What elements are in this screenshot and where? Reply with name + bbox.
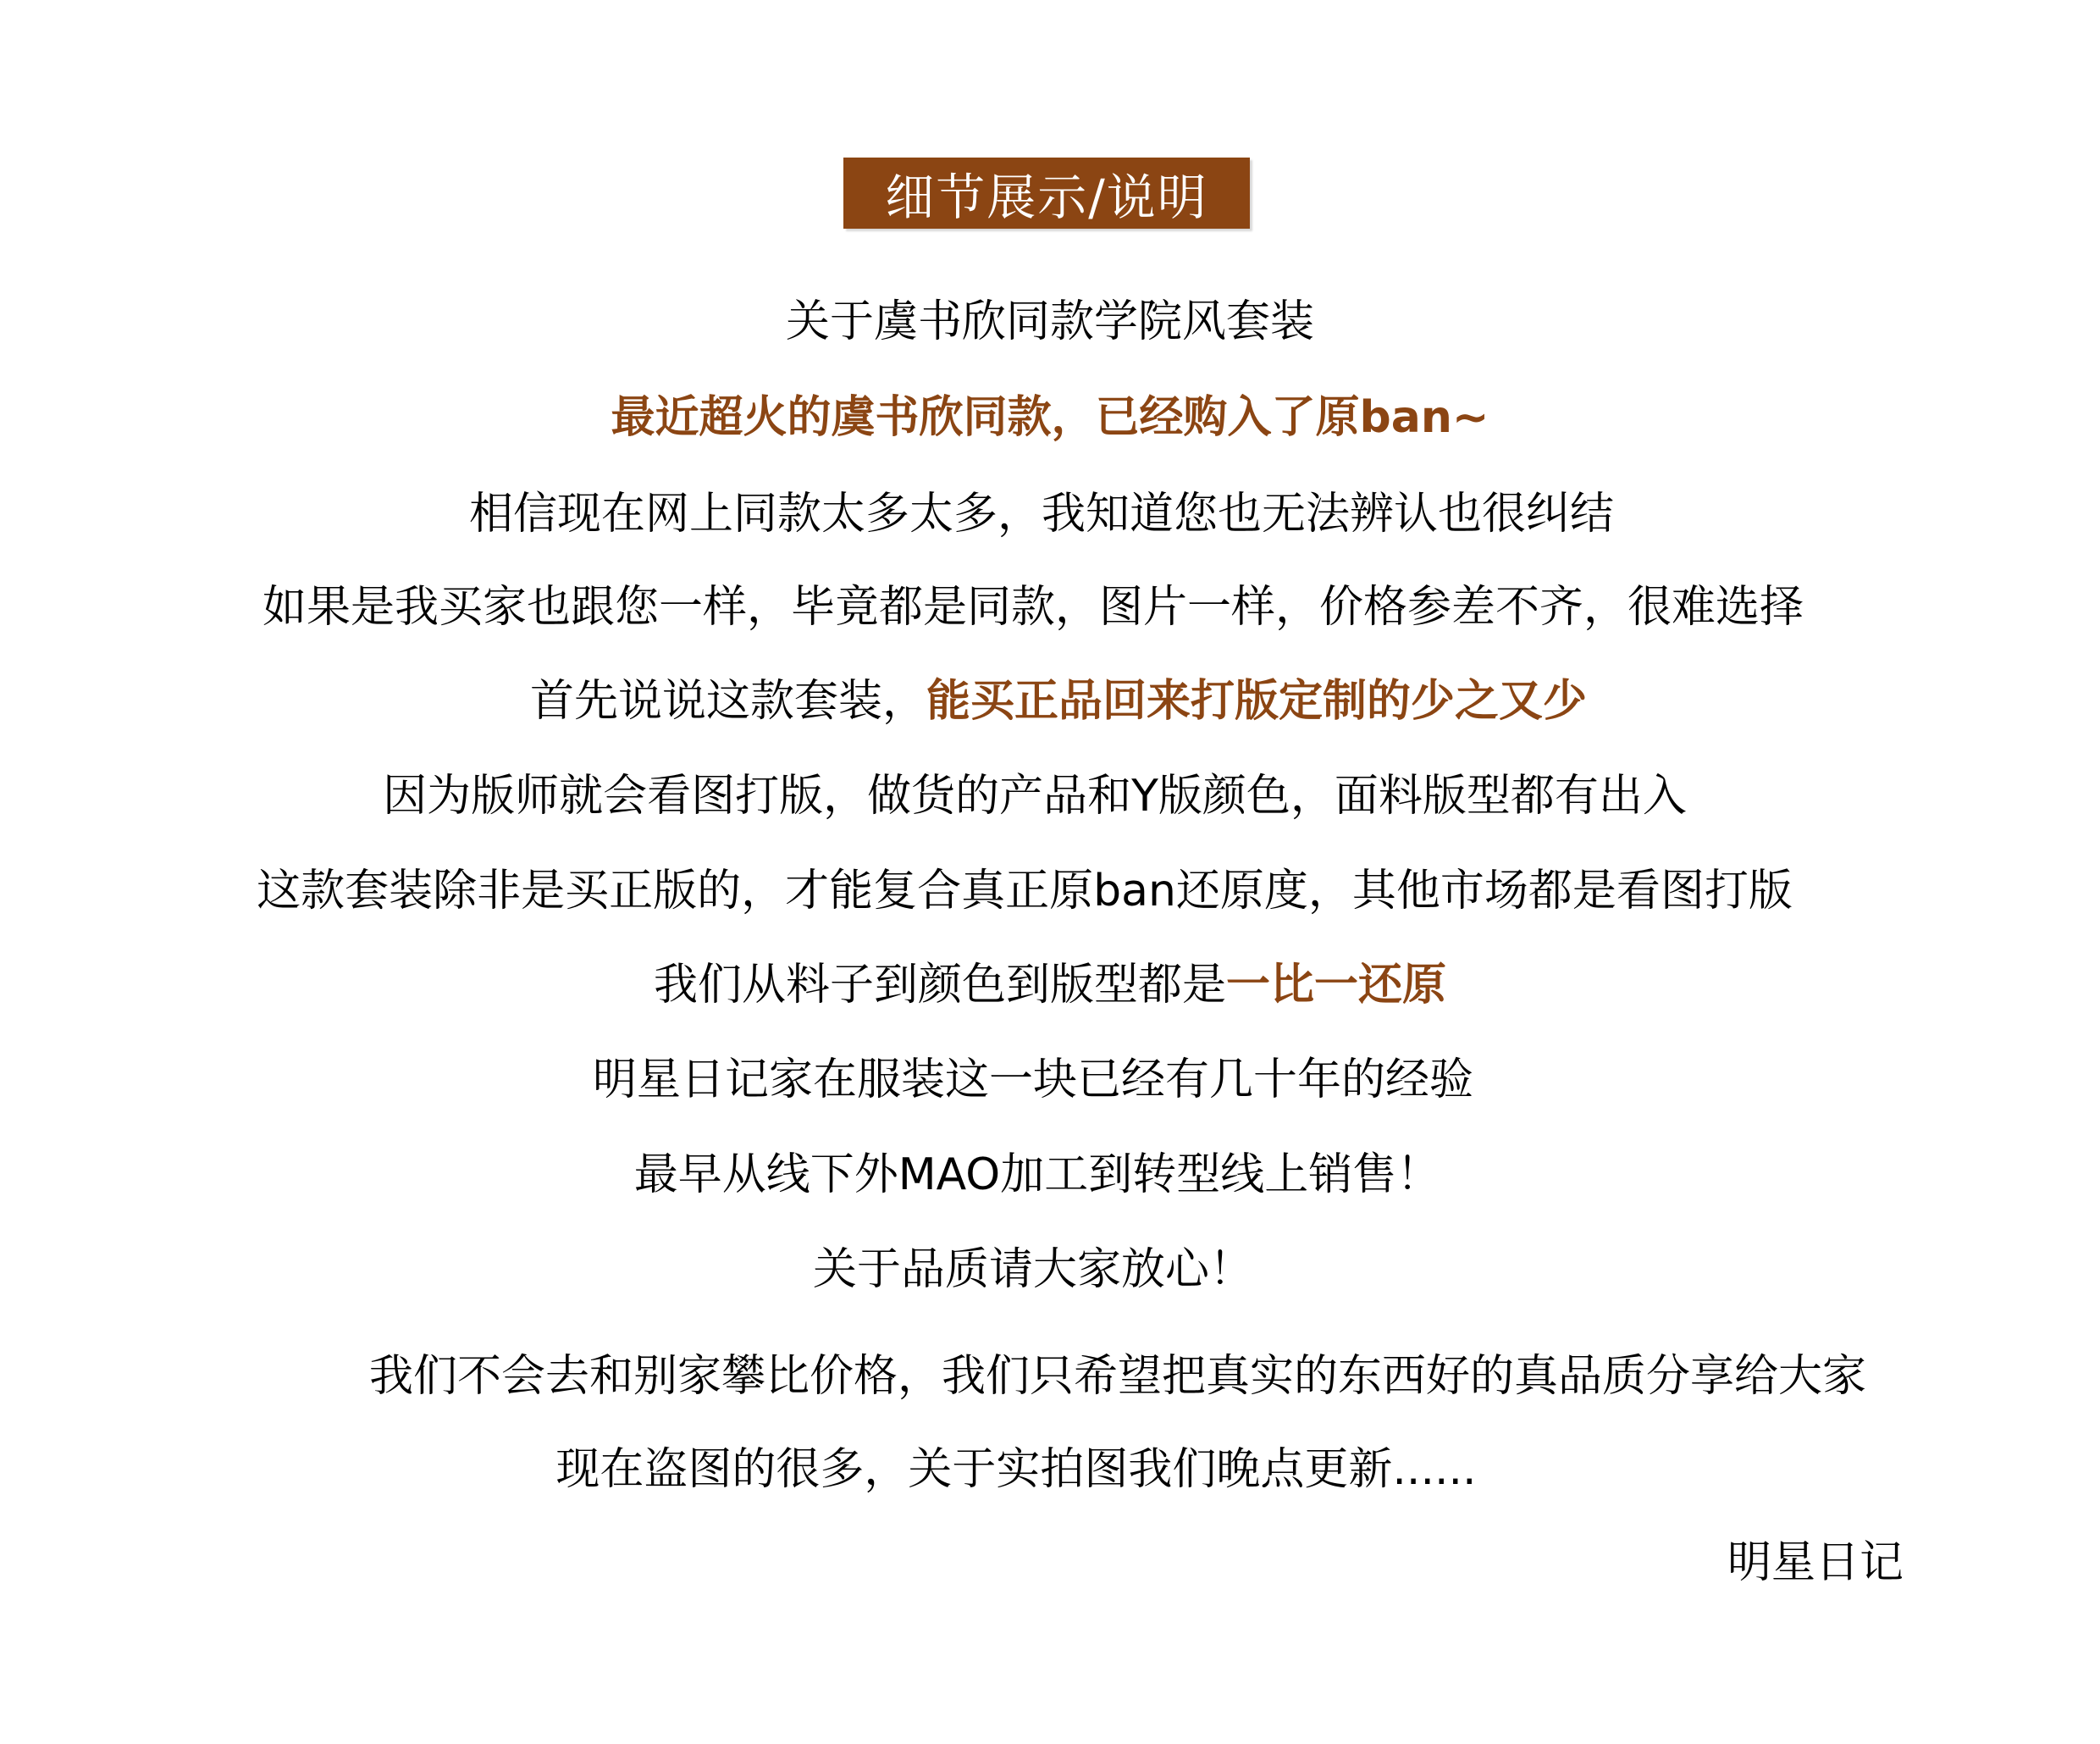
line-text: 明星日记家在服装这一块已经有几十年的经验: [593, 1055, 1473, 1105]
text-line: 关于品质请大家放心！: [0, 1240, 2083, 1299]
text-line: 因为版师就会看图打版，做货的产品和Y版颜色，面料版型都有出入: [0, 767, 2085, 826]
text-line: 现在盗图的很多，关于实拍图我们晚点更新......: [0, 1440, 2066, 1499]
signature: 明星日记: [1727, 1533, 1904, 1592]
line-text: 我们不会去和别家攀比价格，我们只希望把真实的东西好的真品质分享给大家: [369, 1351, 1866, 1402]
section-title: 细节展示/说明: [885, 158, 1208, 229]
text-line: 我们从料子到颜色到版型都是一比一还原: [0, 955, 2100, 1015]
line-text: 关于虞书欣同款学院风套装: [786, 296, 1314, 347]
text-line: 明星日记家在服装这一块已经有几十年的经验: [0, 1050, 2083, 1110]
text-line: 这款套装除非是买正版的，才能复合真正原ban还原度，其他市场都是看图打版: [0, 861, 2075, 921]
line-text: 因为版师就会看图打版，做货的产品和Y版颜色，面料版型都有出入: [383, 771, 1687, 822]
text-line-intro: 关于虞书欣同款学院风套装: [0, 292, 2100, 352]
text-line: 首先说说这款套装，能买正品回来打版定制的少之又少: [8, 672, 2100, 731]
text-line: 最早从线下外MAO加工到转型线上销售！: [0, 1145, 2087, 1204]
highlight-text: 能买正品回来打版定制的少之又少: [926, 676, 1587, 727]
text-line: 我们不会去和别家攀比价格，我们只希望把真实的东西好的真品质分享给大家: [68, 1347, 2100, 1406]
text-line: 如果是我买家也跟您一样，毕竟都是同款，图片一样，价格参差不齐，很难选择: [0, 578, 2083, 637]
line-text: 首先说说这款套装，: [530, 676, 926, 727]
line-text: 这款套装除非是买正版的，才能复合真正原ban还原度，其他市场都是看图打版: [257, 866, 1793, 916]
line-text: 现在盗图的很多，关于实拍图我们晚点更新......: [555, 1444, 1476, 1495]
text-line: 相信现在网上同款太多太多，我知道您也无法辨认也很纠结: [0, 484, 2092, 544]
line-text: 我们从料子到颜色到版型都是: [654, 960, 1226, 1010]
line-text: 如果是我买家也跟您一样，毕竟都是同款，图片一样，价格参差不齐，很难选择: [262, 582, 1804, 633]
line-text: 最早从线下外MAO加工到转型线上销售！: [634, 1149, 1440, 1200]
line-text: 关于品质请大家放心！: [813, 1244, 1253, 1295]
highlight-text: 最近超火的虞书欣同款，已经购入了原ban~: [611, 392, 1489, 443]
highlight-text: 一比一还原: [1226, 960, 1446, 1010]
section-title-badge: 细节展示/说明: [843, 158, 1250, 229]
text-line-highlight: 最近超火的虞书欣同款，已经购入了原ban~: [0, 388, 2100, 447]
line-text: 相信现在网上同款太多太多，我知道您也无法辨认也很纠结: [469, 489, 1614, 540]
